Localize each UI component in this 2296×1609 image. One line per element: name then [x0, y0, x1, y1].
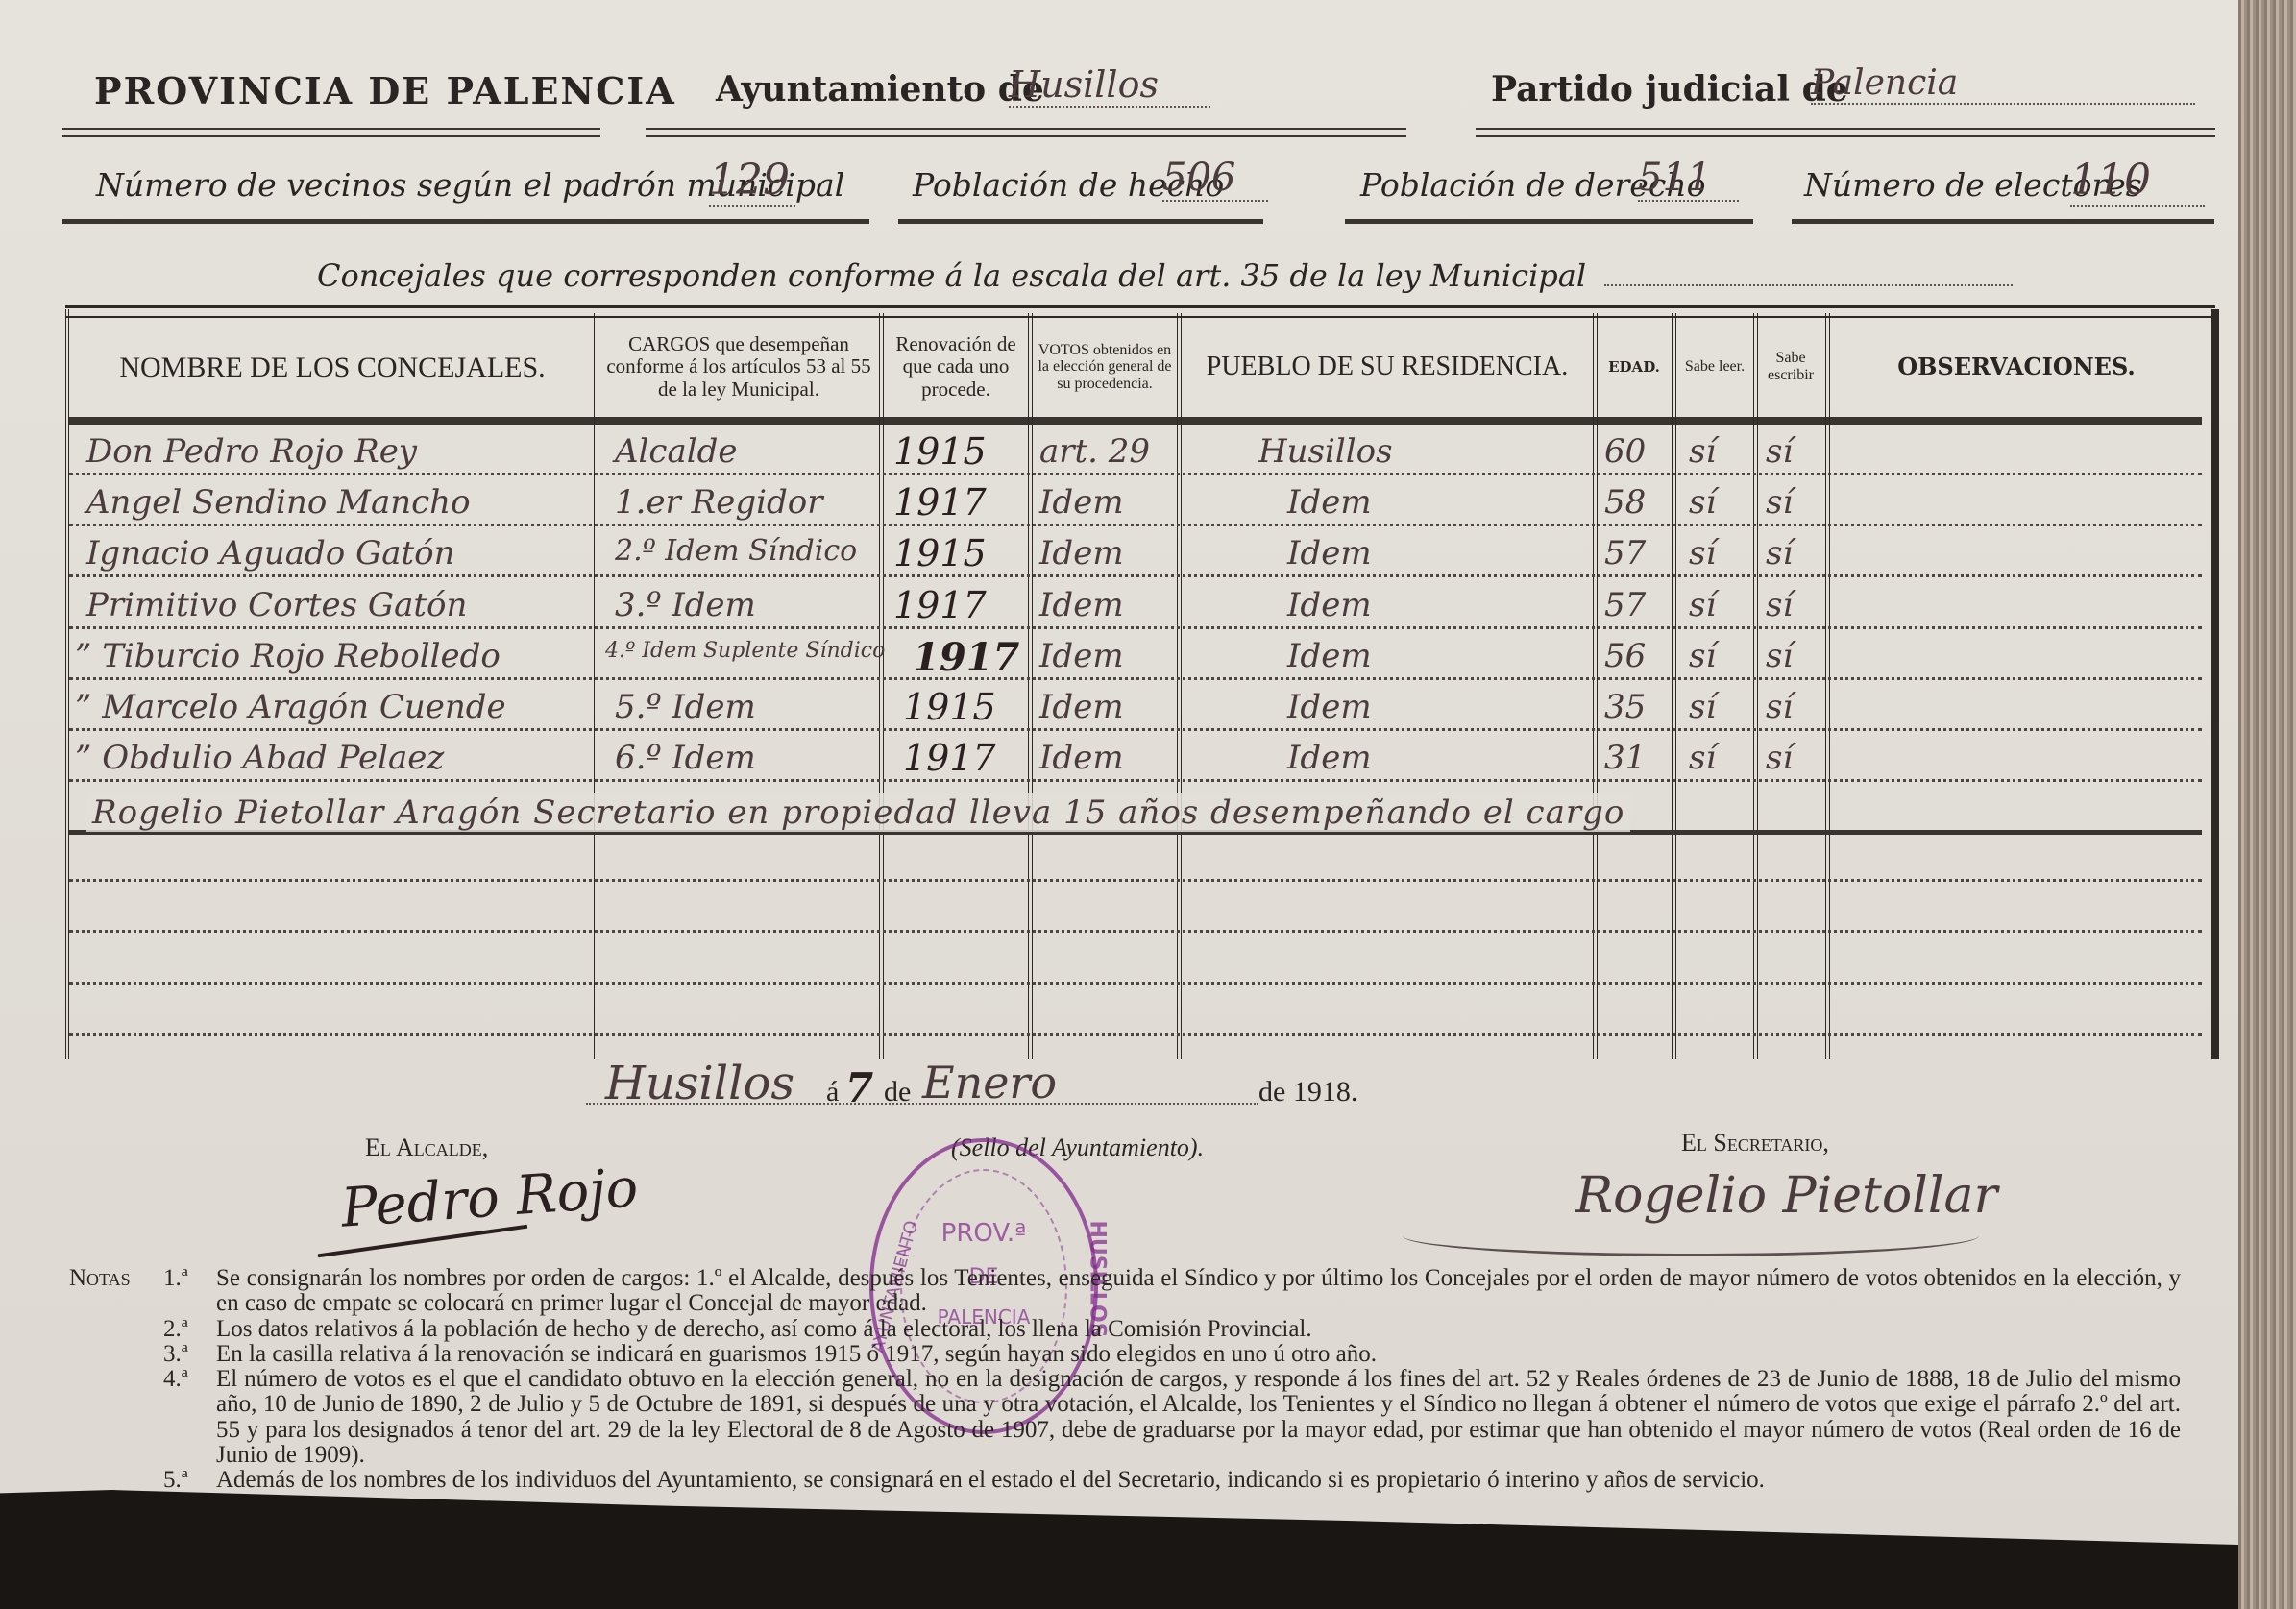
divider [1476, 128, 2215, 137]
poblacion-derecho-value: 511 [1638, 156, 1739, 202]
cell-cargo: Alcalde [615, 432, 738, 471]
cell-renovacion: 1915 [893, 532, 987, 574]
poblacion-hecho-value: 506 [1162, 156, 1268, 202]
note-item: 5.ª Además de los nombres de los individ… [163, 1468, 2181, 1493]
column-divider [1177, 313, 1182, 1059]
cell-nombre: ” Obdulio Abad Pelaez [75, 739, 444, 777]
divider [62, 219, 869, 224]
date-day: 7 [845, 1064, 873, 1111]
cell-sabe-leer: sí [1689, 688, 1716, 726]
date-a: á [826, 1076, 839, 1109]
cell-edad: 60 [1604, 432, 1646, 471]
column-divider [1593, 313, 1598, 1059]
cell-sabe-leer: sí [1689, 586, 1716, 624]
secretary-note: Rogelio Pietollar Aragón Secretario en p… [86, 793, 1630, 832]
notes-label: Notas [69, 1266, 131, 1291]
cell-votos: Idem [1039, 739, 1124, 777]
cell-sabe-escribir: sí [1766, 637, 1793, 675]
column-divider [1753, 313, 1758, 1059]
header-renovacion: Renovación de que cada uno procede. [886, 317, 1026, 417]
cell-pueblo: Idem [1287, 637, 1372, 675]
row-rule [69, 524, 2202, 526]
row-rule [69, 879, 2202, 882]
cell-renovacion: 1917 [893, 481, 987, 524]
row-rule [69, 574, 2202, 577]
date-month: Enero [922, 1057, 1057, 1109]
cell-sabe-escribir: sí [1766, 586, 1793, 624]
date-de: de [884, 1076, 911, 1109]
cell-pueblo: Husillos [1258, 432, 1393, 471]
cell-pueblo: Idem [1287, 688, 1372, 726]
partido-judicial-value: Palencia [1811, 63, 2195, 105]
column-divider [594, 313, 598, 1059]
note-number: 1.ª [163, 1266, 216, 1317]
cell-renovacion: 1917 [893, 584, 987, 626]
date-year: de 1918. [1258, 1076, 1357, 1109]
cell-cargo: 1.er Regidor [615, 483, 822, 522]
row-rule [69, 1033, 2202, 1036]
note-number: 4.ª [163, 1367, 216, 1468]
electores-value: 110 [2070, 156, 2205, 207]
column-divider [1028, 313, 1033, 1059]
row-rule [69, 930, 2202, 933]
row-rule [69, 473, 2202, 475]
partido-judicial-label: Partido judicial de [1491, 69, 1848, 110]
note-text: Se consignarán los nombres por orden de … [216, 1266, 2181, 1317]
vecinos-value: 129 [709, 156, 795, 207]
note-item: 3.ª En la casilla relativa á la renovaci… [163, 1342, 2181, 1367]
cell-edad: 35 [1604, 688, 1646, 726]
cell-sabe-escribir: sí [1766, 534, 1793, 573]
cell-edad: 57 [1604, 534, 1646, 573]
cell-cargo: 2.º Idem Síndico [615, 534, 857, 568]
row-rule [69, 677, 2202, 680]
cell-sabe-leer: sí [1689, 534, 1716, 573]
row-rule [69, 779, 2202, 782]
province-title: PROVINCIA DE PALENCIA [94, 69, 676, 112]
header-edad: EDAD. [1599, 317, 1670, 417]
cell-edad: 57 [1604, 586, 1646, 624]
cell-cargo: 4.º Idem Suplente Síndico [605, 639, 885, 663]
table-header-rule [69, 417, 2202, 425]
divider [62, 128, 600, 137]
alcalde-label: El Alcalde, [365, 1134, 488, 1162]
header-nombre: NOMBRE DE LOS CONCEJALES. [73, 317, 592, 417]
cell-cargo: 6.º Idem [615, 739, 756, 777]
signature-flourish [1403, 1215, 1979, 1256]
cell-cargo: 3.º Idem [615, 586, 756, 624]
cell-votos: Idem [1039, 688, 1124, 726]
cell-sabe-escribir: sí [1766, 432, 1793, 471]
row-rule [69, 626, 2202, 629]
cell-renovacion: 1917 [903, 737, 996, 779]
cell-renovacion: 1917 [913, 635, 1019, 680]
cell-nombre: Don Pedro Rojo Rey [86, 432, 417, 471]
cell-nombre: ” Tiburcio Rojo Rebolledo [75, 637, 501, 675]
header-observaciones: OBSERVACIONES. [1831, 317, 2202, 417]
cell-sabe-leer: sí [1689, 739, 1716, 777]
note-item: 1.ª Se consignarán los nombres por orden… [163, 1266, 2181, 1317]
header-votos: VOTOS obtenidos en la elección general d… [1034, 317, 1176, 417]
cell-pueblo: Idem [1287, 586, 1372, 624]
ayuntamiento-label: Ayuntamiento de [716, 69, 1044, 110]
cell-sabe-leer: sí [1689, 432, 1716, 471]
cell-votos: art. 29 [1039, 432, 1150, 471]
concejales-heading: Concejales que corresponden conforme á l… [317, 257, 1586, 294]
cell-sabe-leer: sí [1689, 483, 1716, 522]
divider [1792, 219, 2214, 224]
cell-renovacion: 1915 [893, 430, 987, 473]
notes-list: 1.ª Se consignarán los nombres por orden… [163, 1266, 2181, 1493]
note-text: El número de votos es el que el candidat… [216, 1367, 2181, 1468]
note-item: 2.ª Los datos relativos á la población d… [163, 1317, 2181, 1342]
note-text: En la casilla relativa á la renovación s… [216, 1342, 1377, 1367]
note-number: 2.ª [163, 1317, 216, 1342]
cell-pueblo: Idem [1287, 534, 1372, 573]
header-pueblo: PUEBLO DE SU RESIDENCIA. [1184, 317, 1591, 417]
column-divider [879, 313, 884, 1059]
note-item: 4.ª El número de votos es el que el cand… [163, 1367, 2181, 1468]
row-rule [69, 982, 2202, 985]
header-sabe-leer: Sabe leer. [1677, 317, 1752, 417]
note-number: 5.ª [163, 1468, 216, 1493]
cell-pueblo: Idem [1287, 483, 1372, 522]
note-number: 3.ª [163, 1342, 216, 1367]
ayuntamiento-value: Husillos [1009, 63, 1210, 108]
divider [646, 128, 1406, 137]
cell-pueblo: Idem [1287, 739, 1372, 777]
secretario-label: El Secretario, [1681, 1129, 1829, 1158]
note-text: Además de los nombres de los individuos … [216, 1468, 1765, 1493]
cell-votos: Idem [1039, 534, 1124, 573]
column-divider [1672, 313, 1676, 1059]
divider [1345, 219, 1753, 224]
cell-votos: Idem [1039, 586, 1124, 624]
cell-nombre: Angel Sendino Mancho [86, 483, 471, 522]
cell-nombre: ” Marcelo Aragón Cuende [75, 688, 506, 726]
header-sabe-escribir: Sabe escribir [1758, 317, 1823, 417]
cell-edad: 31 [1604, 739, 1646, 777]
cell-sabe-escribir: sí [1766, 739, 1793, 777]
header-cargos: CARGOS que desempeñan conforme á los art… [599, 317, 878, 417]
book-page-edges [2238, 0, 2296, 1609]
divider [1604, 284, 2013, 286]
cell-nombre: Primitivo Cortes Gatón [86, 586, 467, 624]
cell-renovacion: 1915 [903, 686, 996, 728]
cell-sabe-leer: sí [1689, 637, 1716, 675]
divider [898, 219, 1263, 224]
cell-sabe-escribir: sí [1766, 688, 1793, 726]
column-divider [1825, 313, 1830, 1059]
cell-nombre: Ignacio Aguado Gatón [86, 534, 455, 573]
row-rule [69, 728, 2202, 731]
cell-edad: 56 [1604, 637, 1646, 675]
cell-sabe-escribir: sí [1766, 483, 1793, 522]
cell-votos: Idem [1039, 483, 1124, 522]
note-text: Los datos relativos á la población de he… [216, 1317, 1312, 1342]
date-place: Husillos [605, 1057, 794, 1110]
cell-cargo: 5.º Idem [615, 688, 756, 726]
cell-edad: 58 [1604, 483, 1646, 522]
cell-votos: Idem [1039, 637, 1124, 675]
